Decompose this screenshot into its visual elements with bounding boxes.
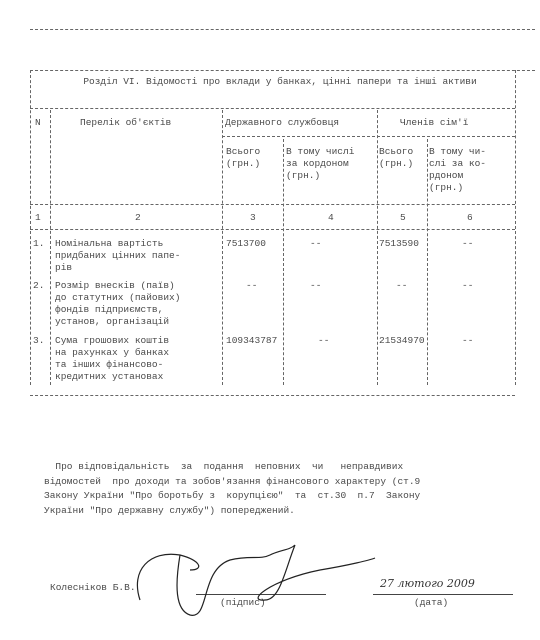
family-abroad: -- xyxy=(462,238,473,250)
colnum-1: 1 xyxy=(35,212,41,224)
handwritten-signature-icon xyxy=(120,530,380,620)
row-num: 2. xyxy=(33,280,44,292)
row-name: Номінальна вартість придбаних цінних пап… xyxy=(55,238,180,274)
family-abroad: -- xyxy=(462,280,473,292)
servant-total: 7513700 xyxy=(226,238,266,250)
table-bottom-border xyxy=(30,395,515,396)
col-sep-5 xyxy=(427,139,428,385)
header-abroad-2: В тому чи- слі за ко- рдоном (грн.) xyxy=(429,146,486,194)
header-objects: Перелік об'єктів xyxy=(80,117,171,129)
header-family: Членів сім'ї xyxy=(400,117,468,129)
colnum-2: 2 xyxy=(135,212,141,224)
top-separator xyxy=(30,29,535,30)
col-sep-4 xyxy=(377,110,378,385)
date-label: (дата) xyxy=(414,597,448,609)
servant-abroad: -- xyxy=(318,335,329,347)
header-abroad-1: В тому числі за кордоном (грн.) xyxy=(286,146,354,182)
colnum-bottom-border xyxy=(30,229,515,230)
colnum-6: 6 xyxy=(467,212,473,224)
servant-total: -- xyxy=(246,280,257,292)
servant-abroad: -- xyxy=(310,238,321,250)
family-abroad: -- xyxy=(462,335,473,347)
row-name: Сума грошових коштів на рахунках у банка… xyxy=(55,335,169,383)
table-left-border xyxy=(30,70,31,385)
section-title: Розділ VI. Відомості про вклади у банках… xyxy=(45,76,515,88)
date-value: 27 лютого 2009 xyxy=(380,578,475,590)
table-right-border xyxy=(515,70,516,385)
colnum-5: 5 xyxy=(400,212,406,224)
family-total: 21534970 xyxy=(379,335,425,347)
row-name: Розмір внесків (паїв) до статутних (пайо… xyxy=(55,280,180,328)
liability-warning: Про відповідальність за подання неповних… xyxy=(44,460,514,518)
family-total: 7513590 xyxy=(379,238,419,250)
title-bottom-border xyxy=(30,108,515,109)
header-total-2: Всього (грн.) xyxy=(379,146,413,170)
table-top-border xyxy=(30,70,535,71)
row-num: 1. xyxy=(33,238,44,250)
header-civil-servant: Державного службовця xyxy=(225,117,339,129)
subheader-border xyxy=(222,136,515,137)
servant-abroad: -- xyxy=(310,280,321,292)
header-num: N xyxy=(35,117,41,129)
family-total: -- xyxy=(396,280,407,292)
colnum-3: 3 xyxy=(250,212,256,224)
row-num: 3. xyxy=(33,335,44,347)
col-sep-1 xyxy=(50,110,51,385)
date-line xyxy=(373,594,513,595)
col-sep-3 xyxy=(283,139,284,385)
servant-total: 109343787 xyxy=(226,335,277,347)
colnum-4: 4 xyxy=(328,212,334,224)
header-bottom-border xyxy=(30,204,515,205)
col-sep-2 xyxy=(222,110,223,385)
header-total-1: Всього (грн.) xyxy=(226,146,260,170)
